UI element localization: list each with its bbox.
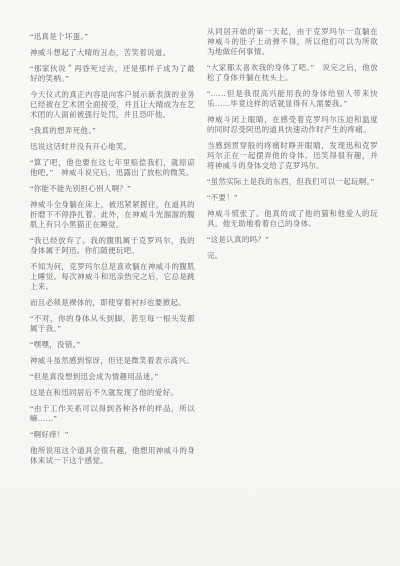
paragraph: “……但是我很高兴能用我的身体给别人带来快乐……毕竟这样的话就显得有人需要我。” — [207, 89, 378, 109]
paragraph: “但是真没想到迅会成为情趣用品迷。” — [30, 372, 195, 382]
paragraph: “由于工作关系可以得到各种各样的样品，所以嘛……” — [30, 404, 195, 424]
paragraph: 神威斗全身躺在床上，被迅紧紧握住，在道具的折磨下不停挣扎着。此外，在神威斗光溜溜… — [30, 200, 195, 230]
paragraph: “我已经放弃了。我的腹肌属于克罗玛尔，我的身体属于阿迅。你们随便玩吧。 — [30, 236, 195, 256]
paragraph: “不对，你的身体从头到脚，甚至每一根头发都属于我。” — [30, 314, 195, 334]
paragraph: 从同居开始的第一天起，由于克罗玛尔一直躺在神威斗的肚子上动弹不得，所以他们可以为… — [207, 27, 378, 57]
paragraph: “这是认真的吗？” — [207, 235, 378, 245]
paragraph: 当感到贯穿般的疼痛时睁开眼睛，发现迅和克罗玛尔正在一起摆弄他的身体。迅笑得很有趣… — [207, 141, 378, 171]
paragraph: 迅说这话时并没有开心地笑。 — [30, 142, 195, 152]
paragraph: “不要！” — [207, 193, 378, 203]
paragraph: 而且必须是裸体的，即使穿着衬衫也要掀起。 — [30, 298, 195, 308]
paragraph: “你能不能先别担心别人啊？” — [30, 184, 195, 194]
paragraph: “虽然实际上是我的东西，但我们可以一起玩啊。” — [207, 177, 378, 187]
end-marker: 完。 — [207, 251, 378, 261]
paragraph: 神威斗想起了大晴的丑态，苦笑着说道。 — [30, 48, 195, 58]
paragraph: 神威斗虽然感到惊讶，但还是微笑着表示高兴。 — [30, 356, 195, 366]
paragraph: “啊好痒！” — [30, 430, 195, 440]
paragraph: 不知为何，克罗玛尔总是喜欢躺在神威斗的腹肌上睡觉。每次神威斗和迅亲热完之后，它总… — [30, 262, 195, 292]
paragraph: 这是在和迅同居后不久就发现了他的爱好。 — [30, 388, 195, 398]
paragraph: “迅真是个坏蛋。” — [30, 32, 195, 42]
paragraph: “那家伙说＂再昏死过去，还是那样子成为了最好的笑柄。” — [30, 64, 195, 84]
paragraph: “算了吧，他也要在这七年里赔偿我们，就原谅他吧。” 神威斗说完后，迅露出了放松的… — [30, 158, 195, 178]
paragraph: 他所说用这个道具会很有趣，他想用神威斗的身体来试一下这个感觉。 — [30, 446, 195, 466]
paragraph: “大家都太喜欢我的身体了吧。” 说完之后，他放松了身体并躺在枕头上。 — [207, 63, 378, 83]
left-text-column: “迅真是个坏蛋。” 神威斗想起了大晴的丑态，苦笑着说道。 “那家伙说＂再昏死过去… — [30, 32, 195, 472]
paragraph: “嘿嘿，没错。” — [30, 340, 195, 350]
document-page: “迅真是个坏蛋。” 神威斗想起了大晴的丑态，苦笑着说道。 “那家伙说＂再昏死过去… — [0, 0, 400, 566]
paragraph: “我真的想弄死他。” — [30, 126, 195, 136]
paragraph: 今天仪式的真正内容是向客户展示新表演的业务已经被在艺术团全面接受，并且让大晴成为… — [30, 90, 195, 120]
right-text-column: 从同居开始的第一天起，由于克罗玛尔一直躺在神威斗的肚子上动弹不得，所以他们可以为… — [207, 27, 378, 267]
paragraph: 神威斗慌张了。他真的成了他的猫和他爱人的玩具。他无助地看着自己的身体。 — [207, 209, 378, 229]
paragraph: 神威斗闭上眼睛，在感受着克罗玛尔压迫和温度的同时忍受阿迅的道具快速动作时产生的疼… — [207, 115, 378, 135]
